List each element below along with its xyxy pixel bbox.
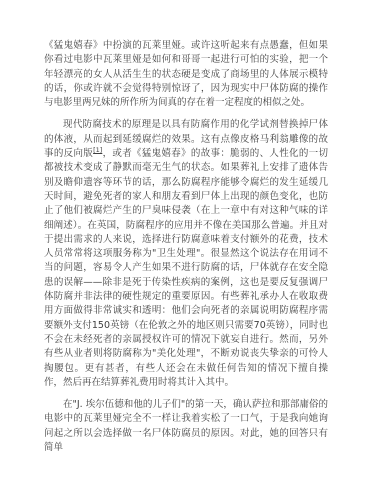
paragraph-3-text: 在"J. 埃尔伍德和他的儿子们"的第一天，确认萨拉和那部庸俗的电影中的瓦莱里娅完… [44, 399, 328, 453]
paragraph-first-day: 在"J. 埃尔伍德和他的儿子们"的第一天，确认萨拉和那部庸俗的电影中的瓦莱里娅完… [44, 398, 328, 455]
paragraph-embalming: 现代防腐技术的原理是以具有防腐作用的化学试剂替换掉尸体的体液，从而起到延缓腐烂的… [44, 118, 328, 390]
book-page: 《猛鬼嬉春》中扮演的瓦莱里娅。或许这听起来有点愚蠢，但如果你看过电影中瓦莱里娅是… [0, 0, 370, 480]
paragraph-1-text: 《猛鬼嬉春》中扮演的瓦莱里娅。或许这听起来有点愚蠢，但如果你看过电影中瓦莱里娅是… [44, 40, 328, 108]
paragraph-continuation: 《猛鬼嬉春》中扮演的瓦莱里娅。或许这听起来有点愚蠢，但如果你看过电影中瓦莱里娅是… [44, 39, 328, 110]
body-text: 《猛鬼嬉春》中扮演的瓦莱里娅。或许这听起来有点愚蠢，但如果你看过电影中瓦莱里娅是… [44, 39, 328, 455]
paragraph-2-text-after-note: ，或者《猛鬼嬉春》的故事：脆弱的、人性化的一切都被技术变成了静默而毫无生气的状态… [44, 148, 328, 388]
footnote-ref-1[interactable]: [1] [93, 146, 102, 154]
